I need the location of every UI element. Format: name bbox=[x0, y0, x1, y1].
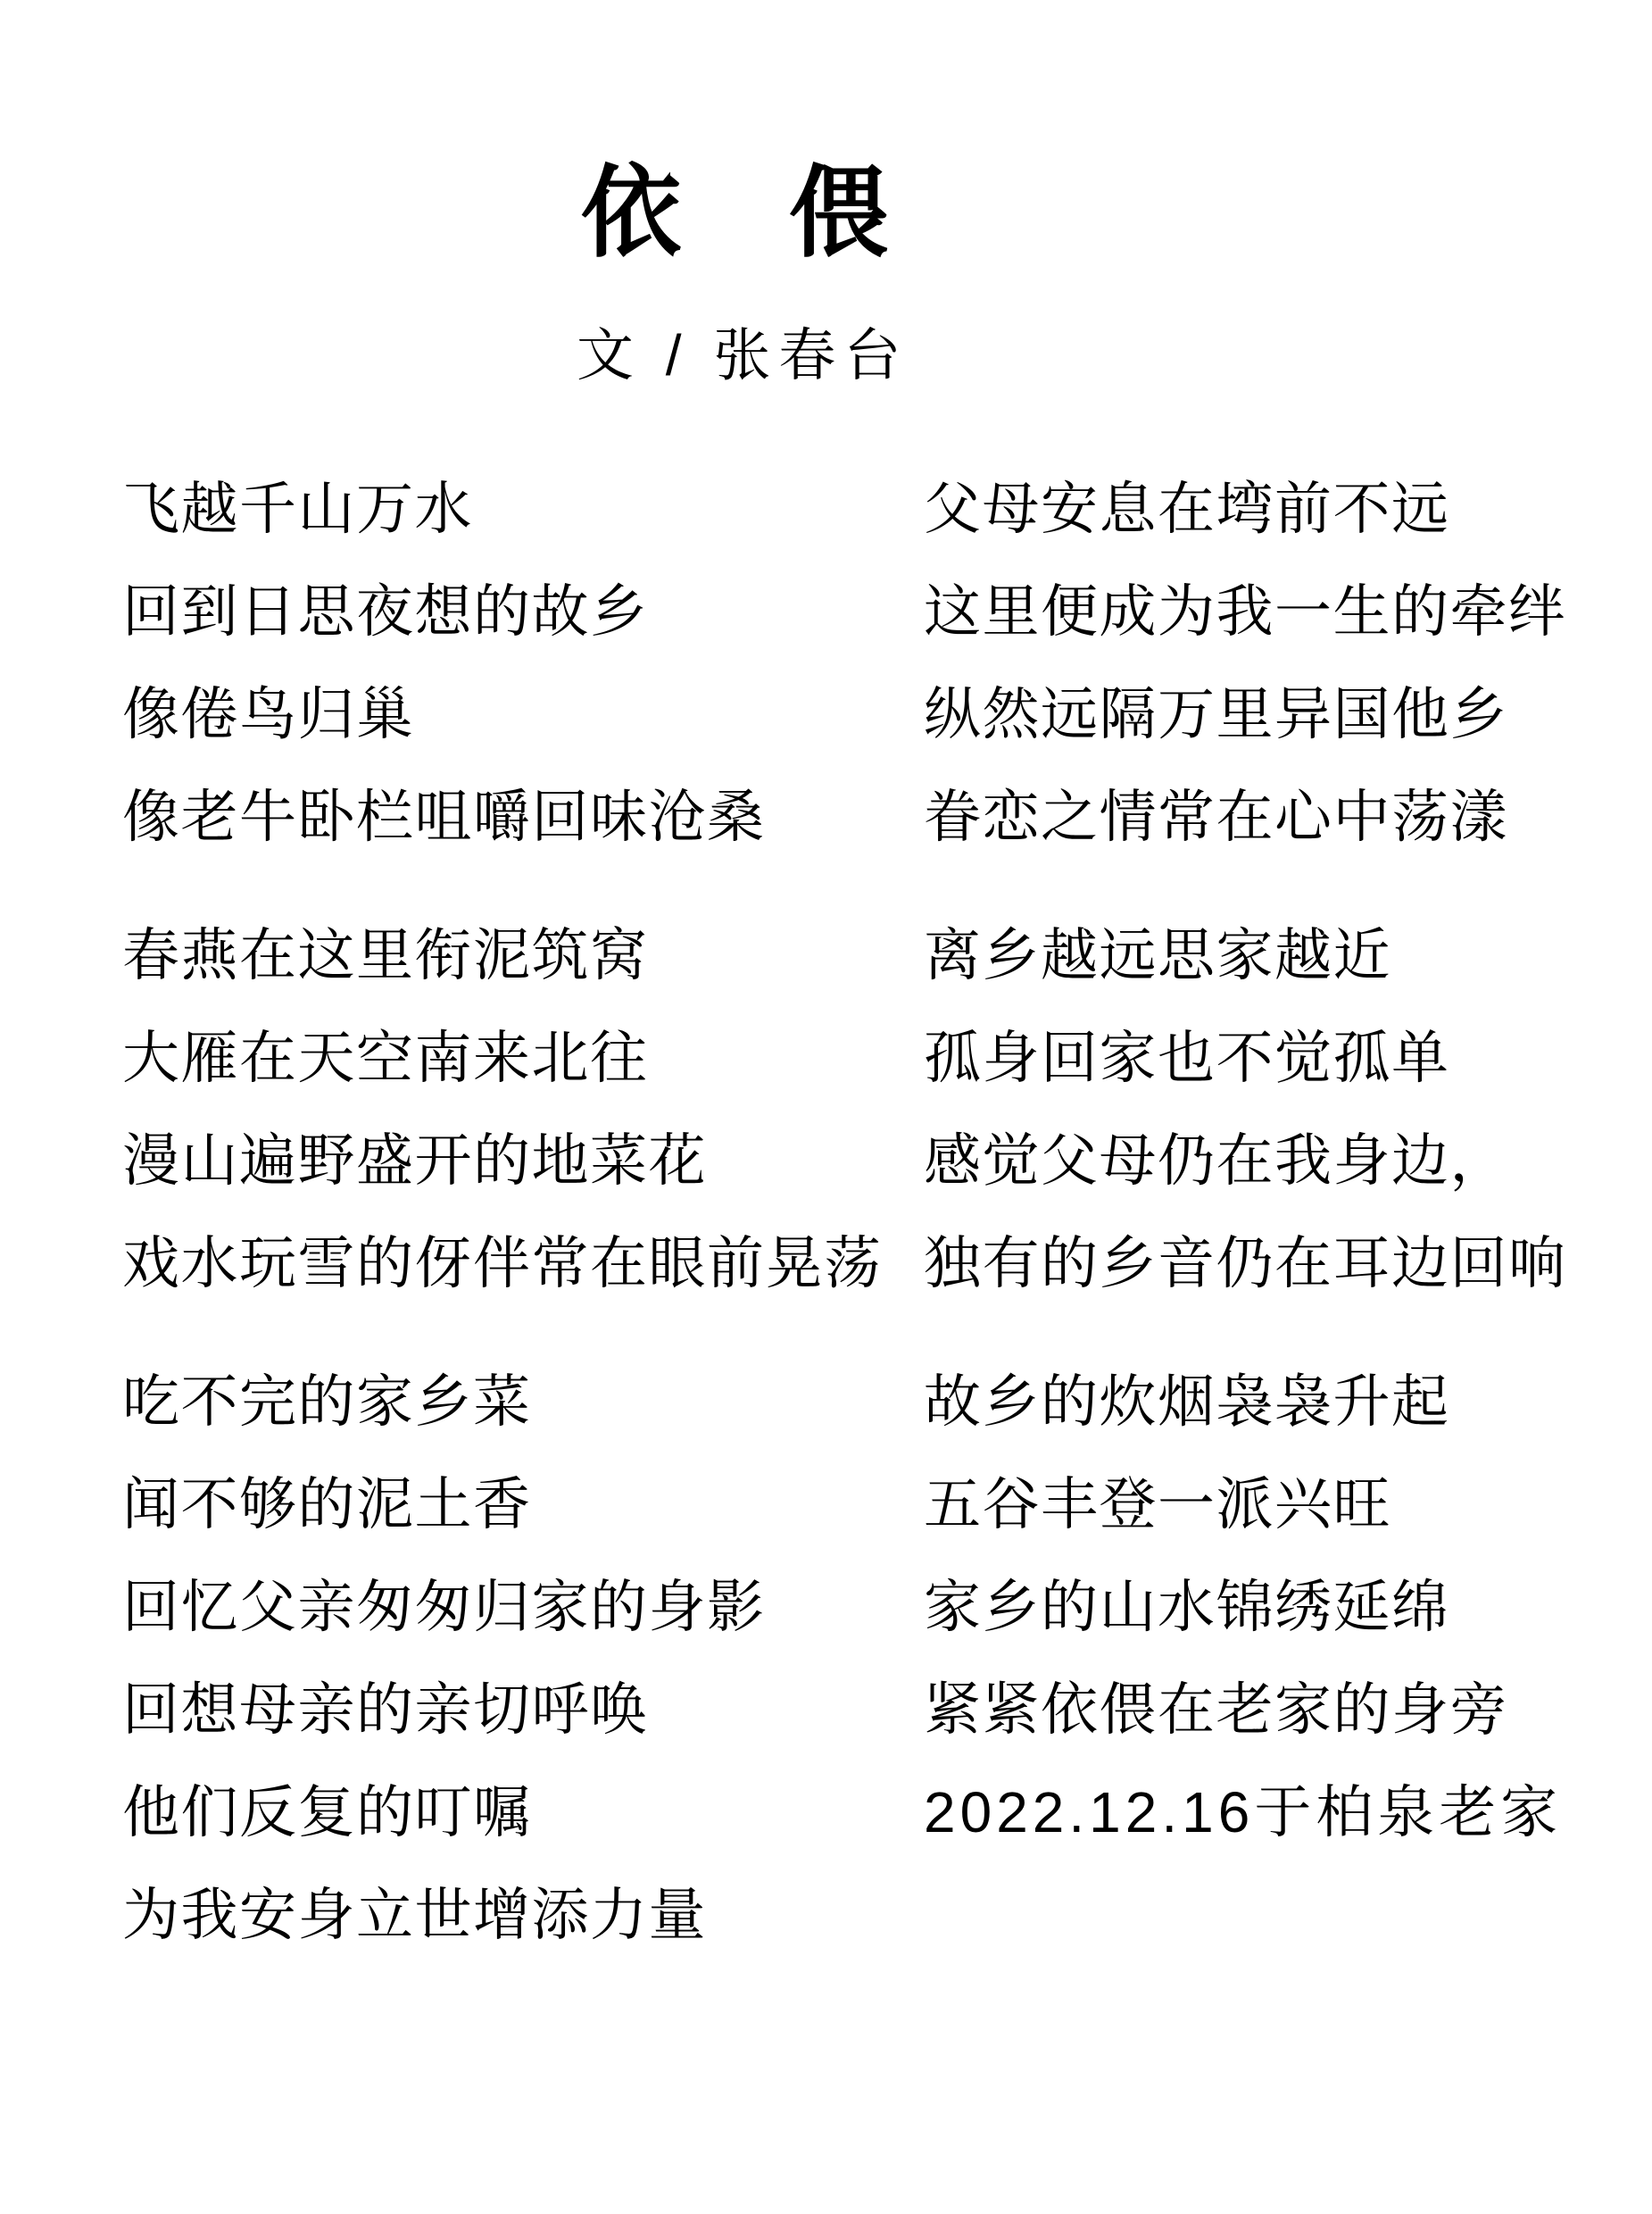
poem-line-right: 父母安息在塆前不远 bbox=[924, 458, 1450, 561]
poem-line-right: 离乡越远思家越近 bbox=[924, 904, 1391, 1007]
poem-line-left: 飞越千山万水 bbox=[122, 458, 473, 561]
poem-line-left: 他们反复的叮嘱 bbox=[122, 1761, 532, 1864]
poem-line-right: 家乡的山水锦绣延绵 bbox=[924, 1556, 1450, 1659]
poem-line-left: 漫山遍野盛开的地菜花 bbox=[122, 1110, 707, 1212]
poem-line-right: 感觉父母仍在我身边， bbox=[924, 1110, 1508, 1212]
poem-line-right: 这里便成为我一生的牵绊 bbox=[924, 561, 1567, 663]
poem-line-left: 大雁在天空南来北往 bbox=[122, 1007, 649, 1110]
poem-row: 春燕在这里衔泥筑窝离乡越远思家越近 bbox=[0, 904, 1652, 1007]
poem-line-right: 独有的乡音仍在耳边回响 bbox=[924, 1212, 1567, 1315]
poem-row: 戏水玩雪的伢伴常在眼前晃荡独有的乡音仍在耳边回响 bbox=[0, 1212, 1652, 1315]
poem-row: 为我安身立世增添力量 bbox=[0, 1864, 1652, 1967]
poem-line-right: 紧紧依偎在老家的身旁 bbox=[924, 1659, 1508, 1761]
poem-page: 依偎 文 / 张春台 飞越千山万水父母安息在塆前不远回到日思夜想的故乡这里便成为… bbox=[0, 0, 1652, 2214]
poem-line-right: 故乡的炊烟袅袅升起 bbox=[924, 1351, 1450, 1453]
poem-row: 飞越千山万水父母安息在塆前不远 bbox=[0, 458, 1652, 561]
poem-line-left: 回到日思夜想的故乡 bbox=[122, 561, 649, 663]
poem-row: 像老牛卧栏咀嚼回味沧桑眷恋之情常在心中荡漾 bbox=[0, 766, 1652, 869]
poem-line-left: 像老牛卧栏咀嚼回味沧桑 bbox=[122, 766, 766, 869]
byline: 文 / 张春台 bbox=[577, 321, 909, 390]
poem-row: 他们反复的叮嘱2022.12.16于柏泉老家 bbox=[0, 1761, 1652, 1864]
poem-body: 飞越千山万水父母安息在塆前不远回到日思夜想的故乡这里便成为我一生的牵绊像倦鸟归巢… bbox=[0, 458, 1652, 1967]
poem-row: 漫山遍野盛开的地菜花感觉父母仍在我身边， bbox=[0, 1110, 1652, 1212]
poem-line-right: 孤身回家也不觉孤单 bbox=[924, 1007, 1450, 1110]
poem-line-left: 春燕在这里衔泥筑窝 bbox=[122, 904, 649, 1007]
poem-row: 闻不够的泥土香五谷丰登一派兴旺 bbox=[0, 1453, 1652, 1556]
poem-line-left: 回忆父亲匆匆归家的身影 bbox=[122, 1556, 766, 1659]
poem-row: 吃不完的家乡菜故乡的炊烟袅袅升起 bbox=[0, 1351, 1652, 1453]
poem-line-left: 吃不完的家乡菜 bbox=[122, 1351, 532, 1453]
poem-row: 回到日思夜想的故乡这里便成为我一生的牵绊 bbox=[0, 561, 1652, 663]
poem-row: 大雁在天空南来北往孤身回家也不觉孤单 bbox=[0, 1007, 1652, 1110]
poem-row: 回想母亲的亲切呼唤紧紧依偎在老家的身旁 bbox=[0, 1659, 1652, 1761]
poem-line-left: 戏水玩雪的伢伴常在眼前晃荡 bbox=[122, 1212, 883, 1315]
poem-row: 像倦鸟归巢纵然远隔万里异国他乡 bbox=[0, 663, 1652, 766]
poem-line-right: 纵然远隔万里异国他乡 bbox=[924, 663, 1508, 766]
poem-line-left: 闻不够的泥土香 bbox=[122, 1453, 532, 1556]
poem-line-right: 五谷丰登一派兴旺 bbox=[924, 1453, 1391, 1556]
poem-line-left: 为我安身立世增添力量 bbox=[122, 1864, 707, 1967]
poem-line-right: 眷恋之情常在心中荡漾 bbox=[924, 766, 1508, 869]
poem-line-left: 像倦鸟归巢 bbox=[122, 663, 415, 766]
poem-line-right: 2022.12.16于柏泉老家 bbox=[924, 1761, 1562, 1864]
poem-line-left: 回想母亲的亲切呼唤 bbox=[122, 1659, 649, 1761]
poem-row: 回忆父亲匆匆归家的身影家乡的山水锦绣延绵 bbox=[0, 1556, 1652, 1659]
page-title: 依偎 bbox=[581, 154, 997, 273]
